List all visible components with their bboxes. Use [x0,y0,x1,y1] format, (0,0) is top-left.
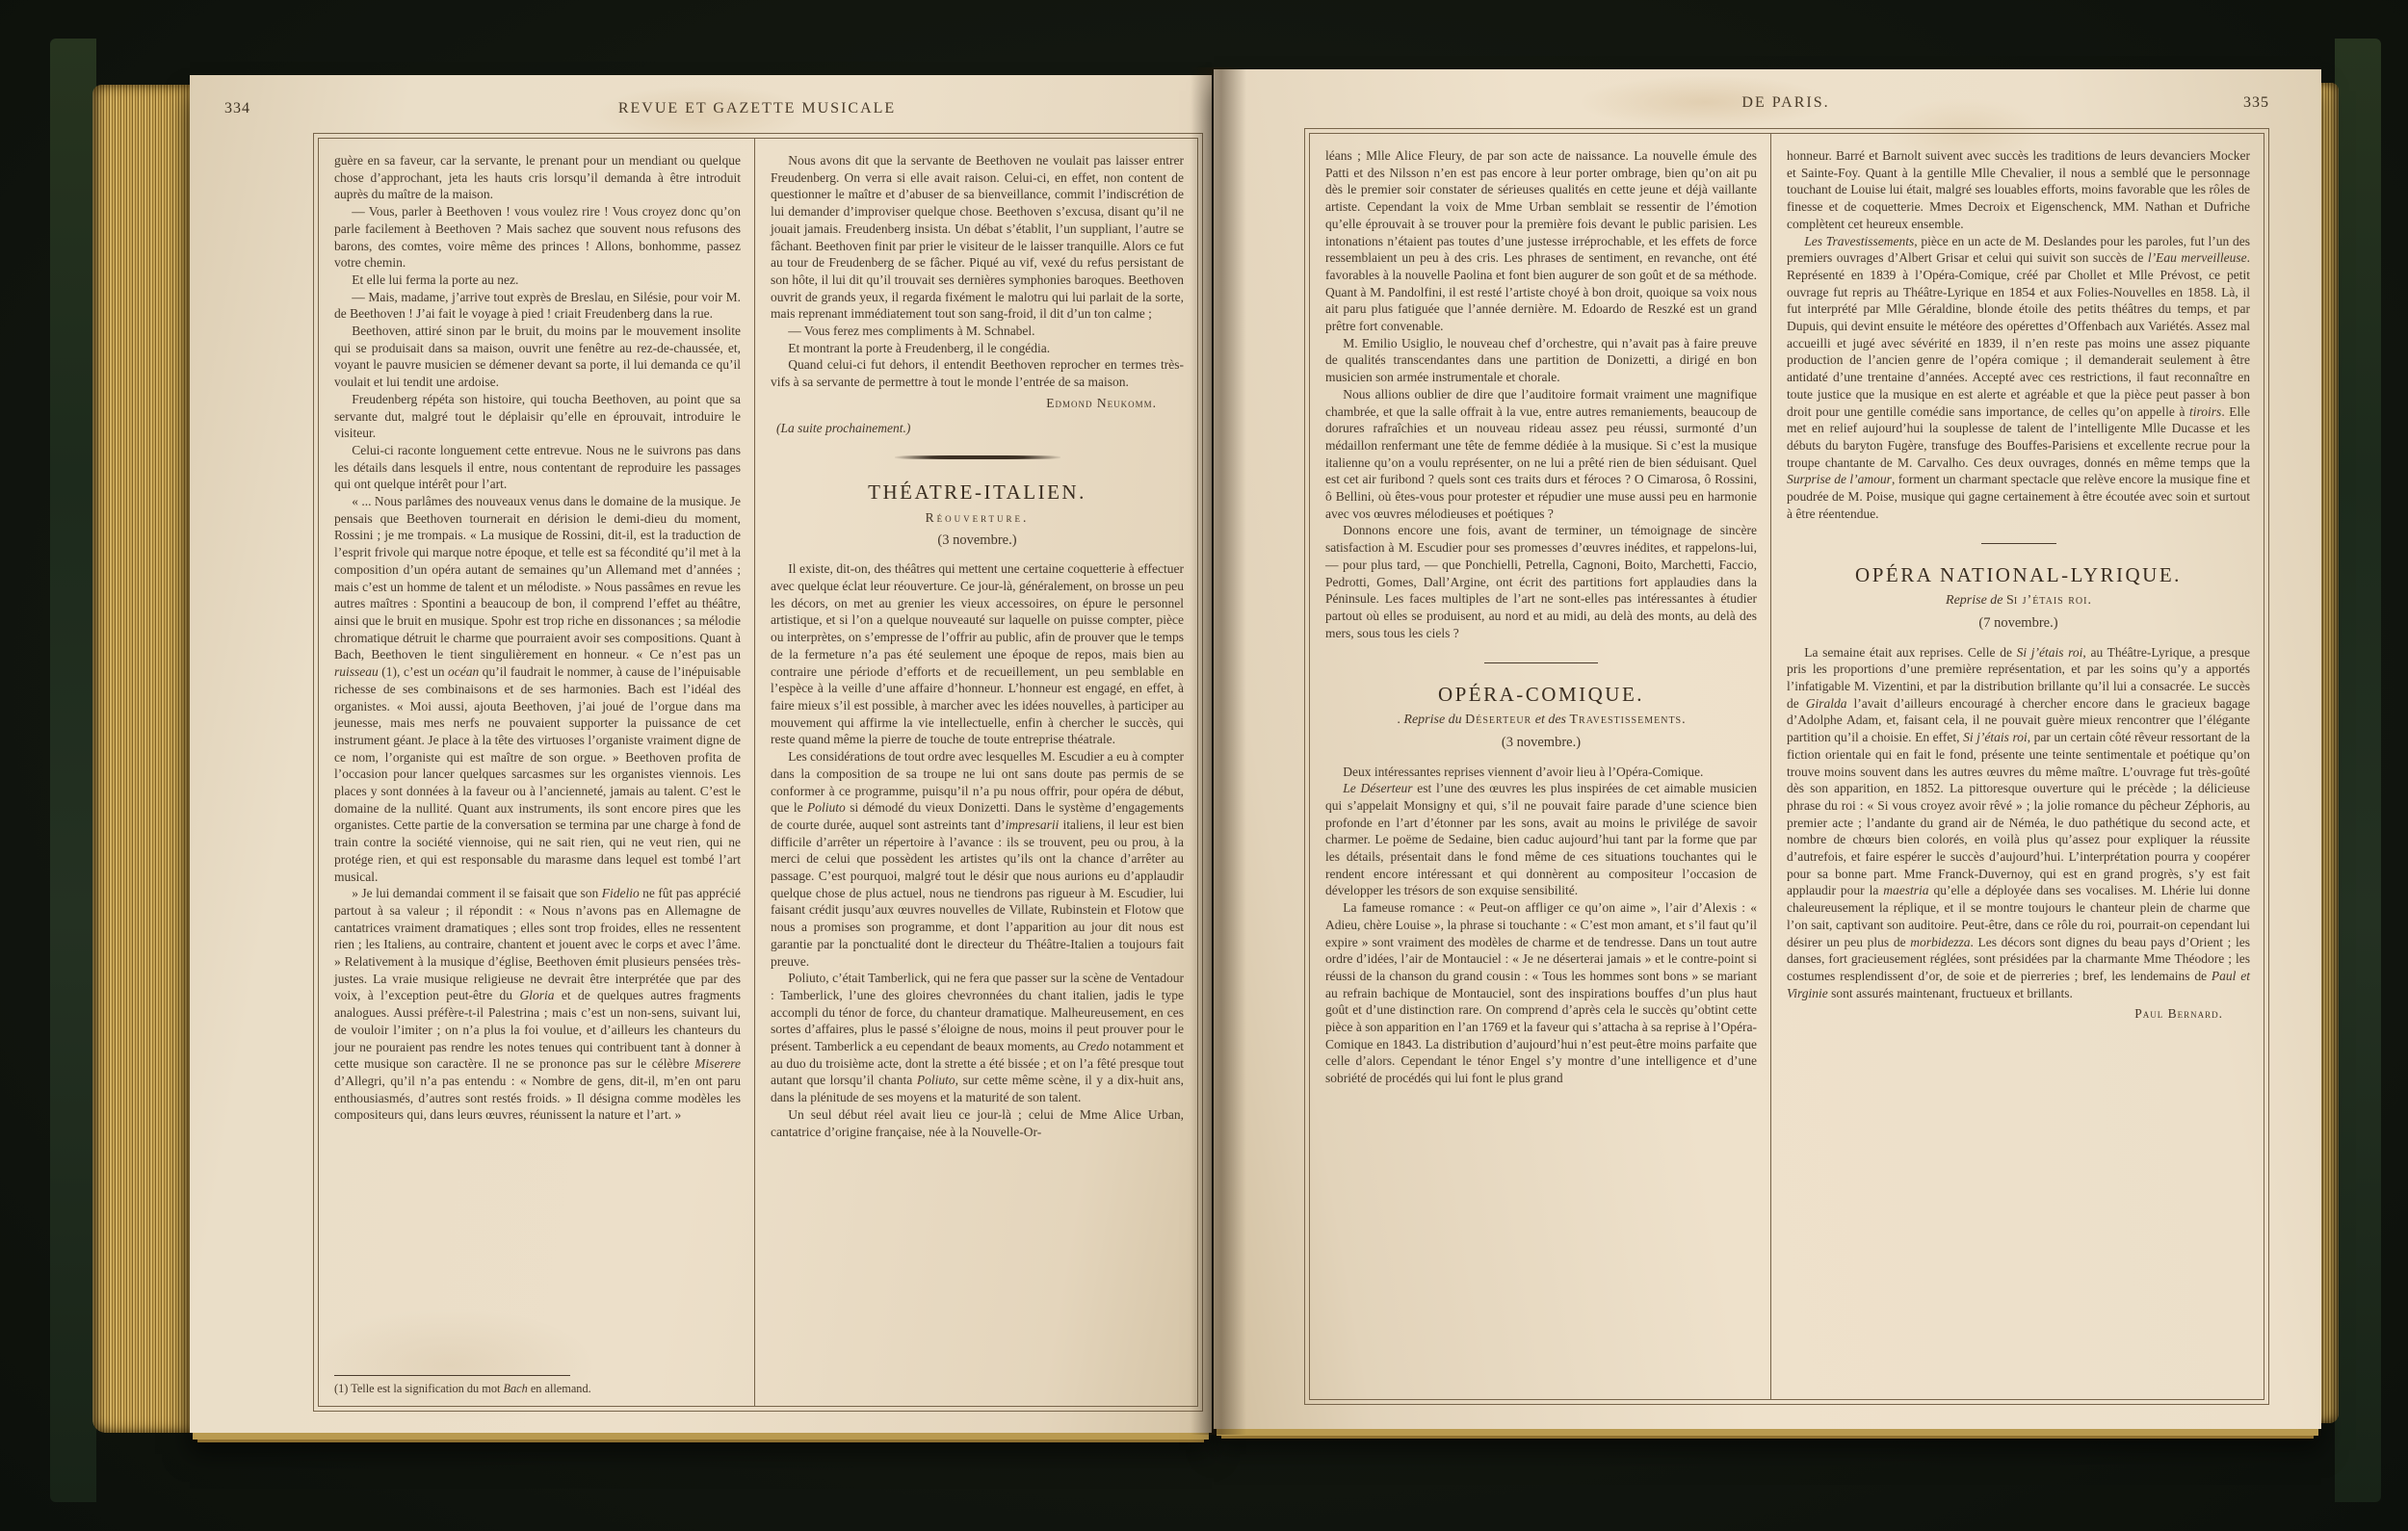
section-separator [895,455,1060,459]
article-title-opera-national: OPÉRA NATIONAL-LYRIQUE. [1787,567,2250,584]
paragraph: — Mais, madame, j’arrive tout exprès de … [334,289,741,323]
paragraph: Il existe, dit-on, des théâtres qui mett… [771,560,1184,748]
article-title-theatre-italien: THÉATRE-ITALIEN. [771,484,1184,502]
paragraph: Les considérations de tout ordre avec le… [771,748,1184,970]
page-edges-left [92,85,195,1433]
continuation-note: (La suite prochainement.) [776,420,1184,437]
paragraph: honneur. Barré et Barnolt suivent avec s… [1787,147,2250,233]
paragraph: Donnons encore une fois, avant de termin… [1325,522,1757,641]
paragraph: La semaine était aux reprises. Celle de … [1787,644,2250,1002]
signature-neukomm: Edmond Neukomm. [771,395,1184,412]
paragraph: — Vous, parler à Beethoven ! vous voulez… [334,203,741,272]
right-column-2: honneur. Barré et Barnolt suivent avec s… [1771,134,2264,1399]
article-subtitle: Réouverture. [771,509,1184,527]
article-date: (3 novembre.) [771,532,1184,550]
paragraph: Le Déserteur est l’une des œuvres les pl… [1325,780,1757,899]
opera-comique-end: honneur. Barré et Barnolt suivent avec s… [1787,147,2250,522]
footnote-rule [334,1375,570,1376]
paragraph: Et elle lui ferma la porte au nez. [334,272,741,289]
opera-comique-paragraphs: Deux intéressantes reprises viennent d’a… [1325,764,1757,1087]
book-cover-right [2335,39,2381,1502]
footnote-text: (1) Telle est la signification du mot Ba… [334,1382,741,1396]
footnote-block: (1) Telle est la signification du mot Ba… [334,1369,741,1396]
book-photo: 334 REVUE ET GAZETTE MUSICALE guère en s… [0,0,2408,1531]
paragraph: Beethoven, attiré sinon par le bruit, du… [334,323,741,391]
article-title-opera-comique: OPÉRA-COMIQUE. [1325,687,1757,704]
paragraph: Un seul début réel avait lieu ce jour-là… [771,1106,1184,1140]
page-number-right: 335 [2243,94,2269,112]
running-title-left: REVUE ET GAZETTE MUSICALE [313,100,1201,117]
book-gutter [1191,67,1246,1435]
paragraph: léans ; Mlle Alice Fleury, de par son ac… [1325,147,1757,335]
article-date: (7 novembre.) [1787,615,2250,633]
signature-bernard: Paul Bernard. [1787,1005,2250,1023]
right-page: DE PARIS. 335 léans ; Mlle Alice Fleury,… [1214,69,2321,1429]
text-frame-left: guère en sa faveur, car la servante, le … [313,133,1203,1412]
paragraph: Nous allions oublier de dire que l’audit… [1325,386,1757,523]
paragraph: — Vous ferez mes compliments à M. Schnab… [771,323,1184,340]
paragraph: » Je lui demandai comment il se faisait … [334,885,741,1124]
paragraph: Quand celui-ci fut dehors, il entendit B… [771,356,1184,390]
paragraph: Deux intéressantes reprises viennent d’a… [1325,764,1757,781]
paragraph: Et montrant la porte à Freudenberg, il l… [771,340,1184,357]
section-rule [1981,543,2056,544]
paragraph: « ... Nous parlâmes des nouveaux venus d… [334,493,741,885]
article-subtitle: . Reprise du Déserteur et des Travestiss… [1325,712,1757,729]
article-subtitle: Reprise de Si j’étais roi. [1787,592,2250,610]
text-frame-right: léans ; Mlle Alice Fleury, de par son ac… [1304,128,2269,1405]
left-column-2: Nous avons dit que la servante de Beetho… [755,139,1197,1406]
paragraph: Celui-ci raconte longuement cette entrev… [334,442,741,493]
theatre-italien-paragraphs: Il existe, dit-on, des théâtres qui mett… [771,560,1184,1140]
paragraph: guère en sa faveur, car la servante, le … [334,152,741,203]
paragraph: M. Emilio Usiglio, le nouveau chef d’orc… [1325,335,1757,386]
paragraph: Freudenberg répéta son histoire, qui tou… [334,391,741,442]
theatre-italien-end: léans ; Mlle Alice Fleury, de par son ac… [1325,147,1757,641]
left-page: 334 REVUE ET GAZETTE MUSICALE guère en s… [190,75,1212,1433]
page-number-left: 334 [224,100,250,117]
section-rule [1484,662,1598,663]
book-cover-left [50,39,96,1502]
left-column-1: guère en sa faveur, car la servante, le … [319,139,754,1406]
beethoven-article-end: Nous avons dit que la servante de Beetho… [771,152,1184,391]
paragraph: Nous avons dit que la servante de Beetho… [771,152,1184,323]
paragraph: La fameuse romance : « Peut-on affliger … [1325,899,1757,1087]
article-date: (3 novembre.) [1325,735,1757,752]
paragraph: Les Travestissements, pièce en un acte d… [1787,233,2250,523]
left-col1-paragraphs: guère en sa faveur, car la servante, le … [334,152,741,1124]
right-column-1: léans ; Mlle Alice Fleury, de par son ac… [1310,134,1770,1399]
running-title-right: DE PARIS. [1304,94,2267,112]
paragraph: Poliuto, c’était Tamberlick, qui ne fera… [771,970,1184,1106]
opera-national-paragraphs: La semaine était aux reprises. Celle de … [1787,644,2250,1002]
